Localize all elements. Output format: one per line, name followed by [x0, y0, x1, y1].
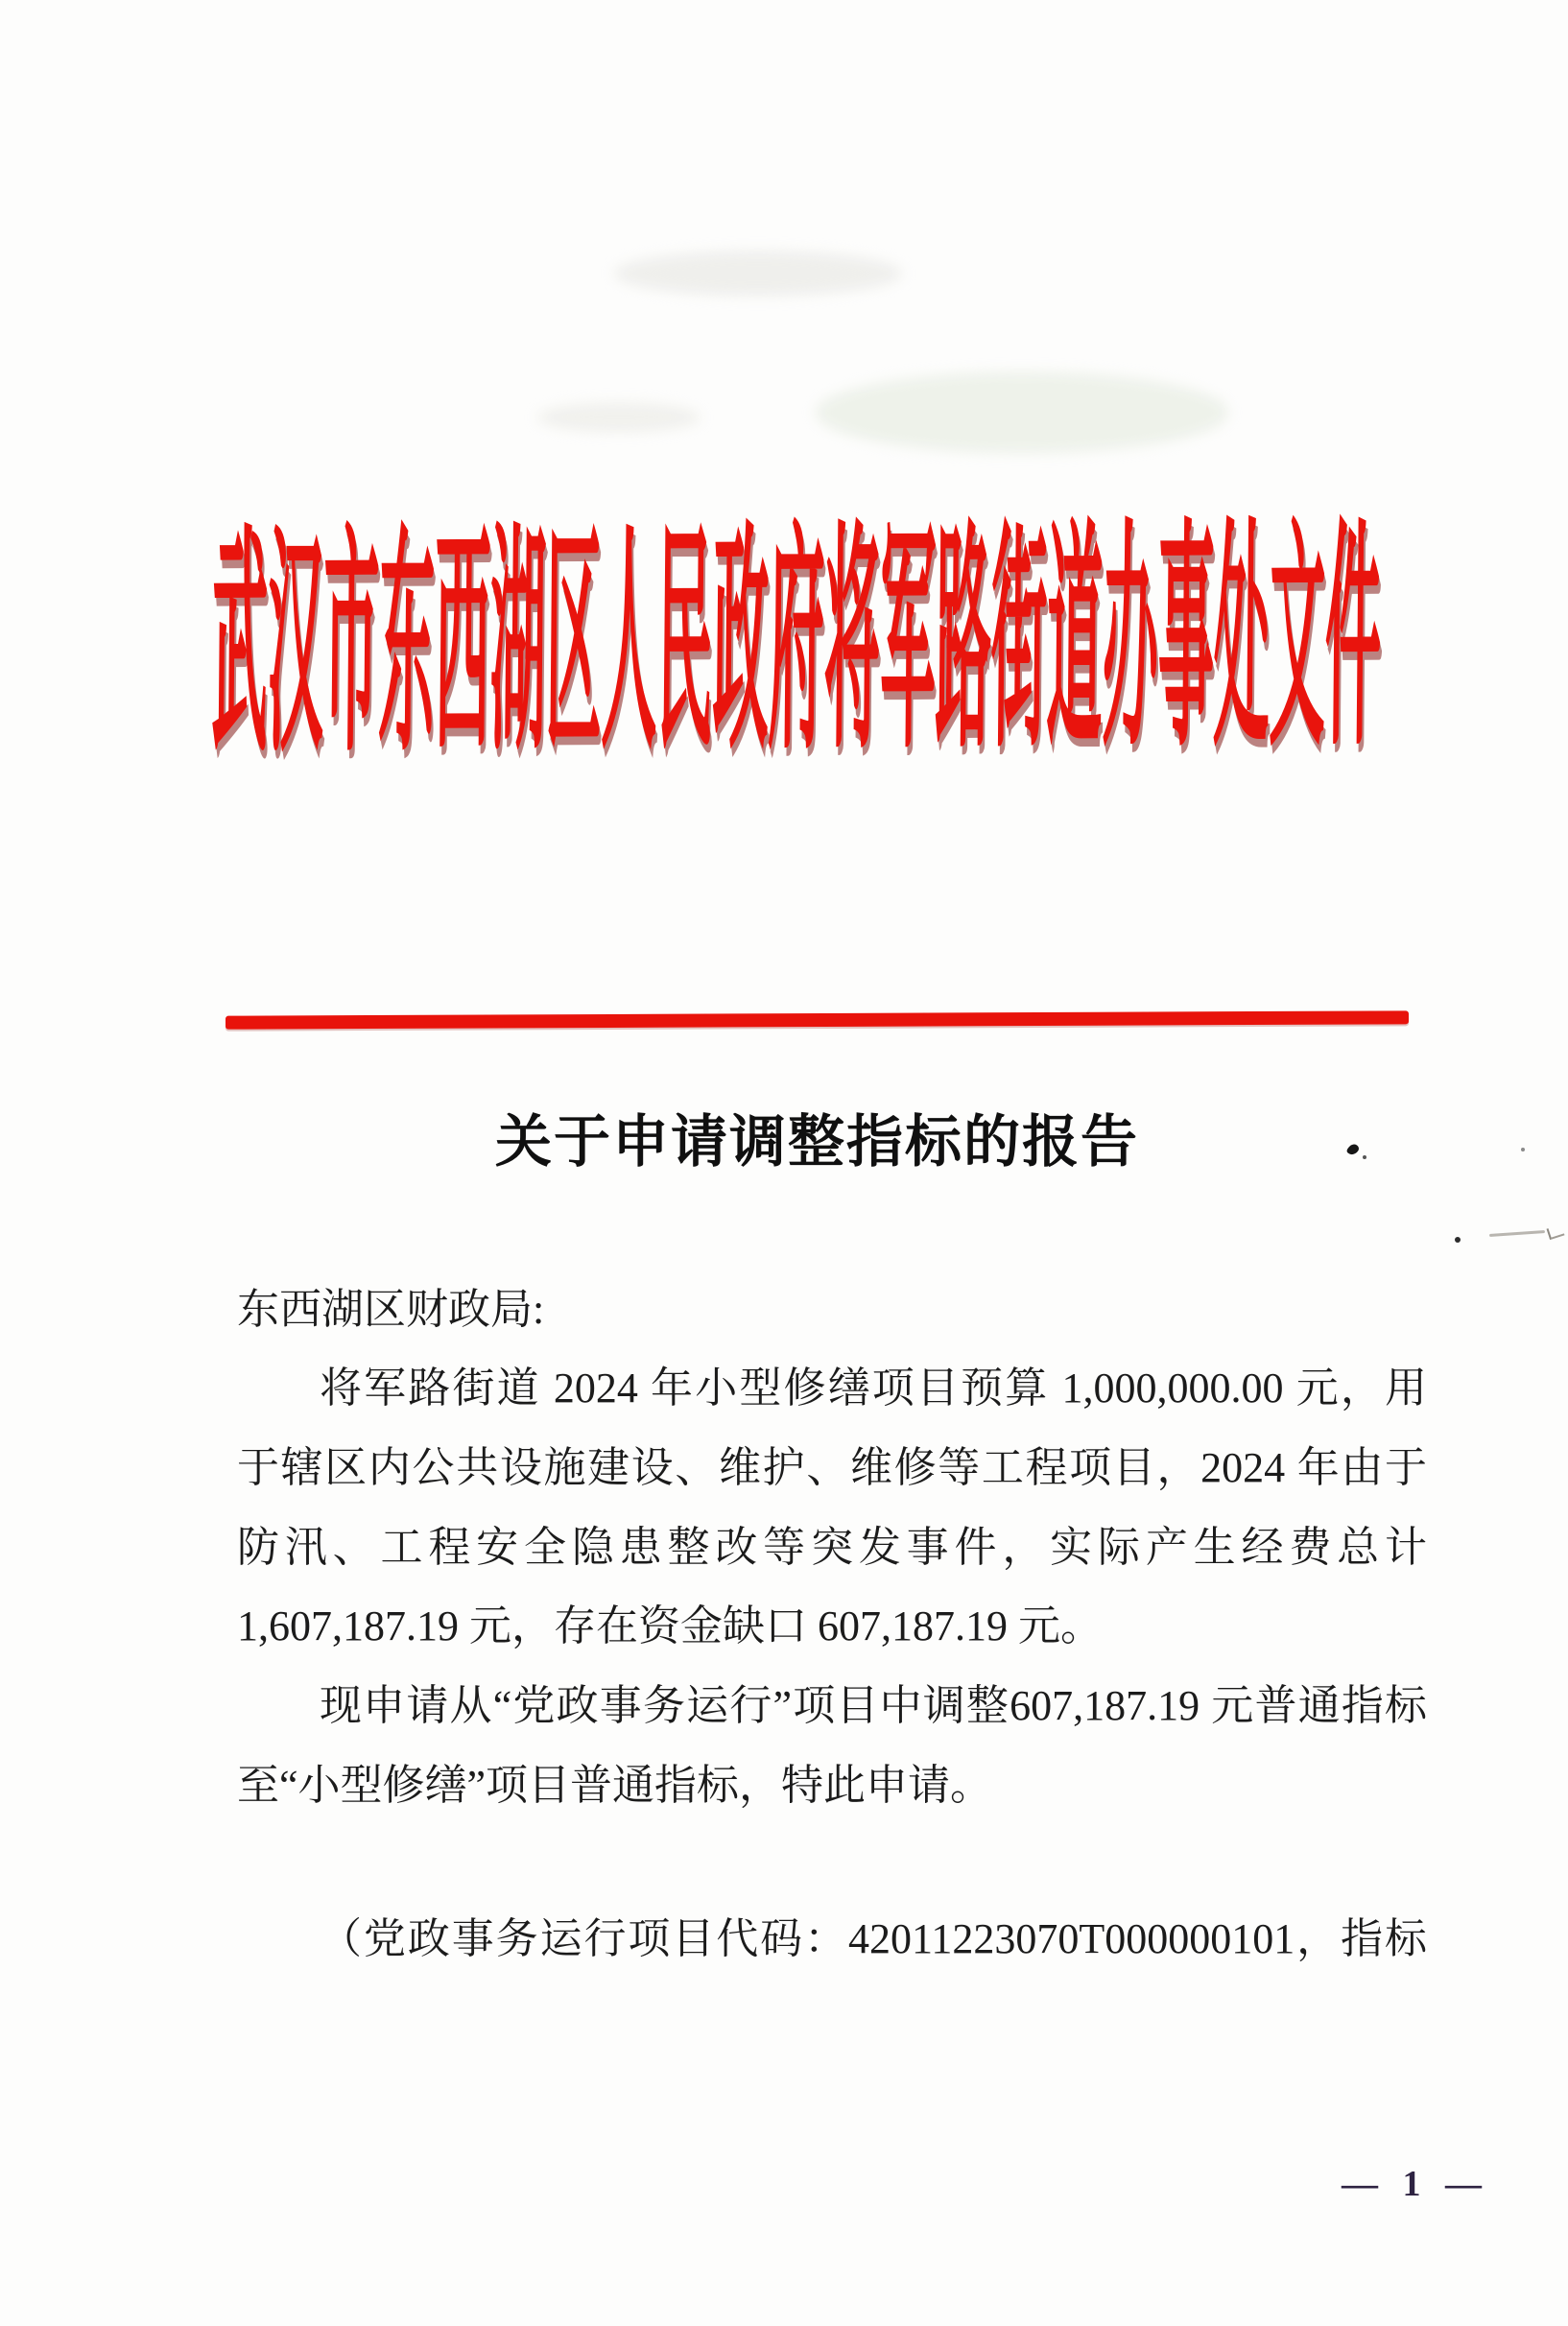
body-line: 将军路街道 2024 年小型修缮项目预算 1,000,000.00 元，用	[237, 1362, 1427, 1415]
body-line: 现申请从“党政事务运行”项目中调整607,187.19 元普通指标	[237, 1679, 1427, 1733]
letterhead-text: 武汉市东西湖区人民政府将军路街道办事处文件	[211, 521, 1382, 771]
body-line: 至“小型修缮”项目普通指标，特此申请。	[237, 1759, 1427, 1813]
ink-speck	[1363, 1155, 1366, 1159]
pencil-scratch	[1547, 1224, 1565, 1240]
body-line: 1,607,187.19 元，存在资金缺口 607,187.19 元。	[237, 1600, 1427, 1653]
ink-speck	[1455, 1237, 1461, 1243]
scan-smudge	[816, 372, 1228, 453]
page-number: — 1 —	[1342, 2163, 1489, 2205]
document-title: 关于申请调整指标的报告	[495, 1111, 1157, 1173]
scan-smudge	[537, 403, 701, 432]
project-code-line: （党政事务运行项目代码：42011223070T000000101，指标	[237, 1912, 1427, 1966]
body-line: 于辖区内公共设施建设、维护、维修等工程项目，2024 年由于	[237, 1441, 1427, 1495]
ink-speck	[1521, 1148, 1525, 1151]
scan-smudge	[614, 251, 902, 296]
ink-speck	[1345, 1142, 1360, 1157]
salutation-line: 东西湖区财政局:	[237, 1283, 1427, 1337]
letterhead: 武汉市东西湖区人民政府将军路街道办事处文件	[213, 528, 1393, 787]
scanned-document-page: 武汉市东西湖区人民政府将军路街道办事处文件 关于申请调整指标的报告 东西湖区财政…	[0, 0, 1568, 2326]
body-line: 防汛、工程安全隐患整改等突发事件，实际产生经费总计	[237, 1521, 1427, 1575]
pencil-scratch	[1489, 1230, 1545, 1237]
red-separator-rule	[226, 1010, 1409, 1029]
